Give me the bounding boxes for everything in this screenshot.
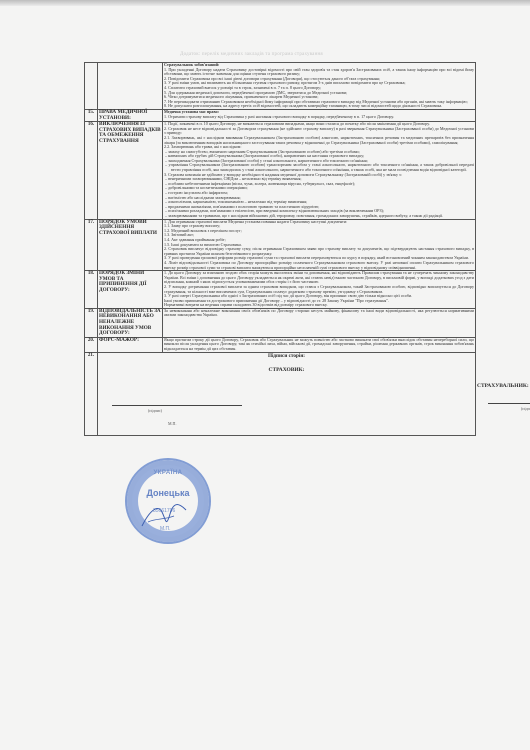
contract-section-row: 17.Порядок умови здійснення страхової ви… [85, 219, 476, 271]
seal-ring-text: УКРАЇНА [127, 470, 209, 476]
scan-edge [0, 0, 530, 6]
insurer-sign-line [112, 405, 242, 406]
contract-page: Страхувальник зобов'язаний:1. При укладе… [84, 62, 472, 512]
section-body: Якщо протягом строку дії цього Договору,… [163, 337, 476, 352]
sign-caption: (підпис) [148, 408, 162, 413]
section-number: 20. [85, 337, 98, 352]
clause: 1. До цього Договору за взаємною згодою … [164, 271, 474, 285]
sign-caption: (підпис) [521, 406, 530, 411]
contract-section-row: 15.Права медичної установи:Медична устан… [85, 109, 476, 121]
contract-table: Страхувальник зобов'язаний:1. При укладе… [84, 62, 476, 436]
section-body: 1. До цього Договору за взаємною згодою … [163, 271, 476, 309]
clause: 4. Ліміт відповідальності Страховика по … [164, 261, 474, 270]
section-body: 1. Події, зазначені в п. 10 цього Догово… [163, 122, 476, 219]
section-body: За невиконання або неналежне виконання с… [163, 308, 476, 337]
clause: За невиконання або неналежне виконання с… [164, 309, 474, 318]
contract-section-row: Страхувальник зобов'язаний:1. При укладе… [85, 63, 476, 110]
section-heading [98, 63, 163, 110]
section-heading: Виключення із страхових випадків та обме… [98, 122, 163, 219]
section-heading: Відповідальність за невиконання або нена… [98, 308, 163, 337]
contract-section-row: 19.Відповідальність за невиконання або н… [85, 308, 476, 337]
section-heading: Порядок умови здійснення страхової випла… [98, 219, 163, 271]
seal-city: Донецька [139, 488, 197, 498]
clause-bullet: – захворюваннями та травмами, що є наслі… [164, 214, 474, 219]
section-number: 16. [85, 122, 98, 219]
contract-section-row: 16.Виключення із страхових випадків та о… [85, 122, 476, 219]
clause: 1. Отримати страхову виплату від Страхов… [164, 115, 474, 120]
insurer-signature-cell: Підписи сторін:СТРАХОВИК:(підпис)М.П. [98, 352, 476, 435]
policyholder-sign-line [488, 403, 530, 404]
section-number: 15. [85, 109, 98, 121]
clause: Якщо протягом строку дії цього Договору,… [164, 338, 474, 352]
signature-icon [140, 500, 190, 530]
seal-caption: М.П. [168, 421, 176, 426]
section-body: Страхувальник зобов'язаний:1. При укладе… [163, 63, 476, 110]
section-heading: Підписи сторін: [99, 353, 474, 359]
contract-section-row: 20.Форс-мажор:Якщо протягом строку дії ц… [85, 337, 476, 352]
section-heading: Форс-мажор: [98, 337, 163, 352]
signatures-row: 21.Підписи сторін:СТРАХОВИК:(підпис)М.П.… [85, 352, 476, 435]
section-heading: Порядок зміни умов та припинення дії дог… [98, 271, 163, 309]
bleed-through-header: Додаток: перелік медичних закладів та пр… [180, 52, 323, 57]
section-body: Медична установа має право:1. Отримати с… [163, 109, 476, 121]
section-number: 19. [85, 308, 98, 337]
section-number: 21. [85, 352, 98, 435]
insurer-label: СТРАХОВИК: [99, 367, 474, 373]
contract-section-row: 18.Порядок зміни умов та припинення дії … [85, 271, 476, 309]
section-number: 18. [85, 271, 98, 309]
section-body: 1. Для отримання страхової виплати Медич… [163, 219, 476, 271]
section-heading: Права медичної установи: [98, 109, 163, 121]
section-number [85, 63, 98, 110]
section-number: 17. [85, 219, 98, 271]
